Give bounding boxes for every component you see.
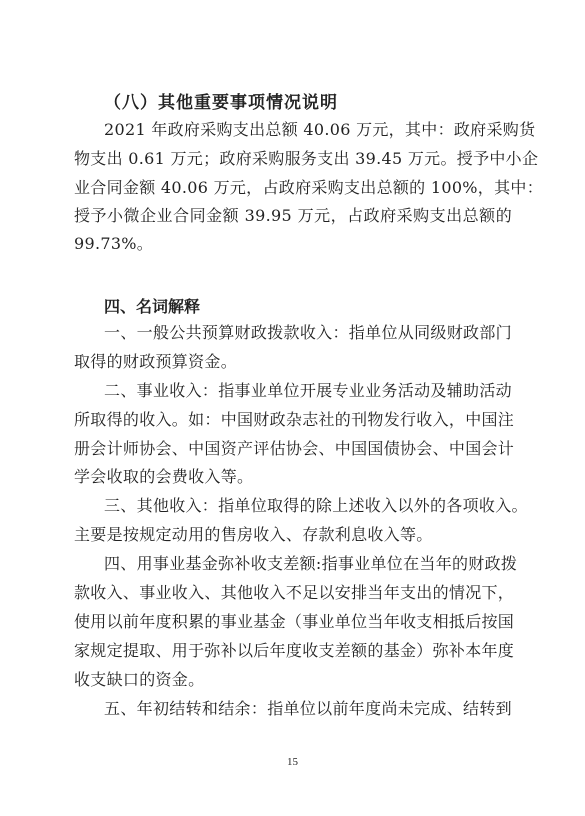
paragraph-line: 授予小微企业合同金额 39.95 万元，占政府采购支出总额的 (74, 206, 512, 226)
glossary-line: 主要是按规定动用的售房收入、存款利息收入等。 (74, 525, 512, 545)
section-heading-other-important-matters: （八）其他重要事项情况说明 (104, 88, 338, 113)
paragraph-line: 物支出 0.61 万元；政府采购服务支出 39.45 万元。授予中小企 (74, 149, 512, 169)
glossary-line: 三、其他收入：指单位取得的除上述收入以外的各项收入。 (104, 496, 512, 516)
paragraph-line: 业合同金额 40.06 万元，占政府采购支出总额的 100%，其中： (74, 178, 512, 198)
paragraph-line: 99.73%。 (74, 234, 512, 254)
glossary-line: 四、用事业基金弥补收支差额:指事业单位在当年的财政拨 (104, 554, 512, 574)
glossary-line: 二、事业收入：指事业单位开展专业业务活动及辅助活动 (104, 381, 512, 401)
glossary-line: 册会计师协会、中国资产评估协会、中国国债协会、中国会计 (74, 439, 512, 459)
glossary-line: 取得的财政预算资金。 (74, 352, 512, 372)
paragraph-line: 2021 年政府采购支出总额 40.06 万元，其中：政府采购货 (104, 120, 512, 140)
section-heading-glossary: 四、名词解释 (104, 294, 200, 317)
glossary-line: 使用以前年度积累的事业基金（事业单位当年收支相抵后按国 (74, 612, 512, 632)
glossary-line: 收支缺口的资金。 (74, 670, 512, 690)
glossary-line: 所取得的收入。如：中国财政杂志社的刊物发行收入，中国注 (74, 410, 512, 430)
glossary-line: 款收入、事业收入、其他收入不足以安排当年支出的情况下， (74, 583, 512, 603)
document-page: （八）其他重要事项情况说明 2021 年政府采购支出总额 40.06 万元，其中… (0, 0, 585, 816)
glossary-line: 一、一般公共预算财政拨款收入：指单位从同级财政部门 (104, 323, 512, 343)
page-number: 15 (0, 756, 585, 768)
glossary-line: 家规定提取、用于弥补以后年度收支差额的基金）弥补本年度 (74, 641, 512, 661)
glossary-line: 五、年初结转和结余：指单位以前年度尚未完成、结转到 (104, 699, 512, 719)
glossary-line: 学会收取的会费收入等。 (74, 467, 512, 487)
